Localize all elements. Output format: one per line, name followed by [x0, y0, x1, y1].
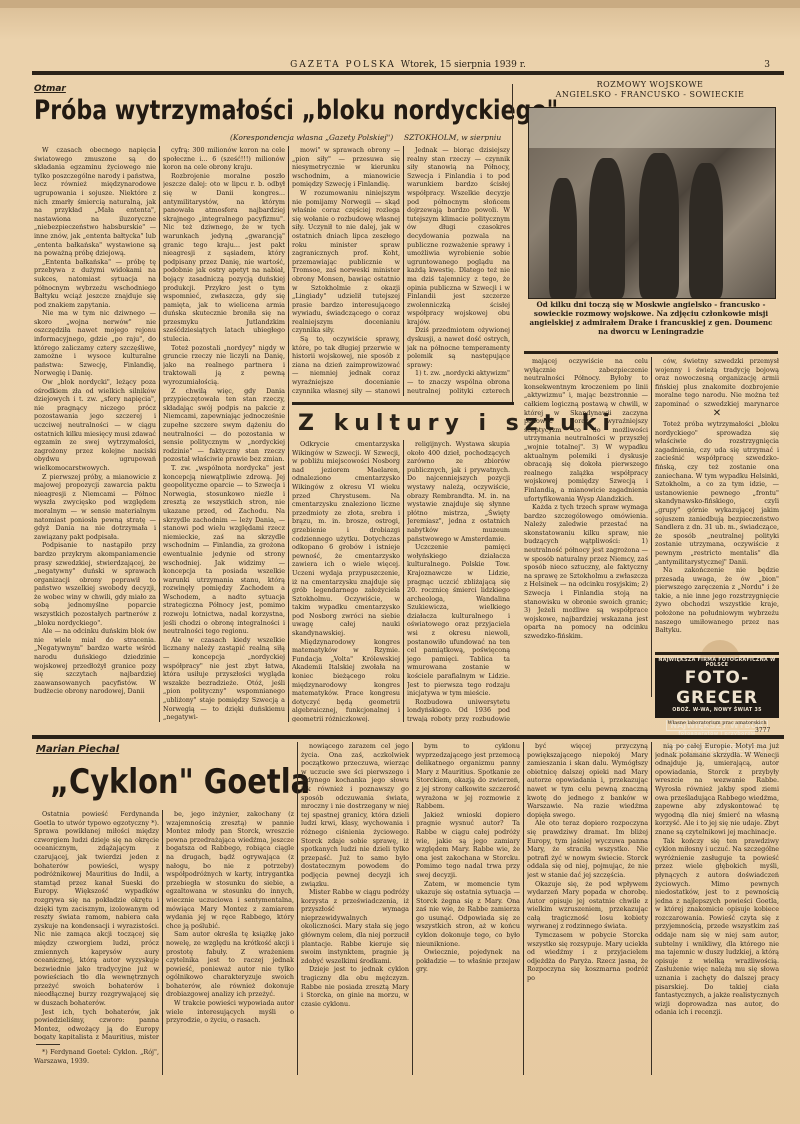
article-column: mowi" w sprawach obrony — „pion siły" — …: [292, 146, 400, 396]
page-number: 3: [764, 60, 770, 70]
article-column: be, jego inżynier, zakochany (z wzajemno…: [166, 810, 294, 1075]
column-rule: [159, 146, 160, 722]
paragraph: Ostatnia powieść Ferdynanda Goetla to ut…: [34, 810, 159, 1008]
paragraph: mowi" w sprawach obrony — „pion siły" — …: [292, 146, 400, 189]
paragraph: Jakież wnioski dopiero pragnie wysnuć au…: [416, 811, 520, 880]
photo-title: ROZMOWY WOJSKOWE ANGIELSKO - FRANCUSKO -…: [525, 80, 775, 100]
culture-column: religijnych. Wystawa skupia około 400 dz…: [407, 440, 510, 722]
photo-sky: [529, 108, 775, 148]
paragraph: Ale w czasach kiedy wszelkie licznany na…: [163, 636, 285, 722]
paragraph: Podpisanie to nastąpiło przy bardzo przy…: [34, 541, 156, 627]
column-rule: [412, 742, 413, 1075]
photo-caption: Od kilku dni toczą się w Moskwie angiels…: [524, 300, 778, 336]
paragraph: Tymczasem w pobycie Storcka wszystko się…: [527, 931, 648, 983]
paragraph: Uczczenie pamięci wołyńskiego działacza …: [407, 543, 510, 698]
paragraph: W czasach obecnego napięcia światowego z…: [34, 146, 156, 258]
article-column: bym to cyklonu wyprzedzającego jest prze…: [416, 742, 520, 1075]
article-column: ców, świetny szwedzki przemysł wojenny i…: [655, 357, 779, 409]
paragraph: „Ententa bałkańska" — próbę tę przebywa …: [34, 258, 156, 310]
article-column: W czasach obecnego napięcia światowego z…: [34, 146, 156, 722]
section-divider: [32, 735, 784, 739]
column-rule: [403, 146, 404, 396]
correspondence-note: (Korespondencja własna „Gazety Polskiej"…: [230, 133, 393, 142]
article-column: nią po całej Europie. Motyl ma już jedna…: [655, 742, 779, 1075]
paper-name: GAZETA POLSKA: [290, 60, 396, 70]
paragraph: religijnych. Wystawa skupia około 400 dz…: [407, 440, 510, 543]
column-rule: [162, 810, 163, 1075]
paragraph: nowiącego zarazem cel jego życia. Ona za…: [301, 742, 409, 888]
paragraph: Jednak — biorąc dzisiejszy realny stan r…: [407, 146, 510, 326]
column-rule: [523, 742, 524, 1075]
photo-figure: [589, 158, 625, 298]
paragraph: Rozbudowa uniwersytetu londyńskiego. Od …: [407, 698, 510, 722]
paragraph: Są to, oczywiście sprawy, które, po tak …: [292, 335, 400, 396]
column-rule: [288, 146, 289, 722]
paragraph: Na zakończenie nie będzie przesadą uwaga…: [655, 566, 779, 635]
paragraph: T. zw. „wspólnota nordycka" jest koncepc…: [163, 464, 285, 636]
dateline: SZTOKHOLM, w sierpniu: [404, 133, 501, 142]
article-headline: „Cyklon" Goetla: [50, 762, 310, 802]
news-photo: [528, 107, 776, 299]
ad-rule: [655, 652, 779, 655]
article-column: nowiącego zarazem cel jego życia. Ona za…: [301, 742, 409, 1075]
paragraph: Tak kończy się ten prawdziwy cyklon miło…: [655, 837, 779, 1017]
article-column: Jednak — biorąc dzisiejszy realny stan r…: [407, 146, 510, 396]
paragraph: nią po całej Europie. Motyl ma już jedna…: [655, 742, 779, 837]
photo-figure: [689, 163, 723, 298]
ad-tagline: NAJWIĘKSZA FIRMA FOTOGRAFICZNA W POLSCE: [655, 658, 779, 668]
column-rule: [403, 440, 404, 722]
paragraph: Okazuje się, że pod wpływem wydarzeń Mar…: [527, 880, 648, 932]
photo-figure: [549, 178, 577, 298]
article-column: cyfrą: 300 milionów koron na cele społec…: [163, 146, 285, 722]
article-column: Ostatnia powieść Ferdynanda Goetla to ut…: [34, 810, 159, 1040]
paragraph: Toteż pozostali „nordycy" nigdy w grunci…: [163, 344, 285, 387]
paragraph: Jest ich, tych bohaterów, jak powiedziel…: [34, 1008, 159, 1040]
ad-code: 3777: [755, 727, 770, 734]
paragraph: Odkrycie cmentarzyska Wikingów w Szwecji…: [292, 440, 400, 638]
ad-address: OBOŹ. W-WA, NOWY ŚWIAT 35: [655, 708, 779, 713]
ad-brand: FOTO-GRECER: [655, 668, 779, 708]
article-column: mającej oczywiście na celu wyłącznie zab…: [524, 357, 648, 697]
article-column: być więcej przyczyną powiększającego nie…: [527, 742, 648, 1075]
photo-figure: [639, 153, 679, 298]
paragraph: Nie ma w tym nic dziwnego — skoro „wojna…: [34, 309, 156, 378]
paragraph: być więcej przyczyną powiększającego nie…: [527, 742, 648, 819]
newspaper-page: GAZETA POLSKA Wtorek, 15 sierpnia 1939 r…: [0, 0, 800, 1124]
paragraph: Ow „blok nordycki", leżący poza ośrodkie…: [34, 378, 156, 473]
column-rule: [651, 357, 652, 697]
paragraph: Z pierwszej próby, a mianowicie z majowe…: [34, 473, 156, 542]
paragraph: Zatem, w momencie tym ukazuje się ostatn…: [416, 880, 520, 949]
paragraph: W trakcie powieści wypowiada autor wiele…: [166, 999, 294, 1025]
paragraph: bym to cyklonu wyprzedzającego jest prze…: [416, 742, 520, 811]
paragraph: Sam autor określa tę książkę jako nowelę…: [166, 930, 294, 999]
page-edge: [0, 0, 800, 8]
section-title: Z kultury i sztuki: [298, 411, 616, 436]
paragraph: Dziś przedmiotem ożywionej dyskusji, a n…: [407, 326, 510, 369]
paragraph: Ale — na odcinku duńskim blok ów nie wie…: [34, 627, 156, 696]
paragraph: be, jego inżynier, zakochany (z wzajemno…: [166, 810, 294, 930]
section-rule: [292, 402, 514, 405]
photo-title-line: ROZMOWY WOJSKOWE: [525, 80, 775, 90]
paragraph: W rozumowaniu niniejszym nie pomijamy No…: [292, 189, 400, 335]
column-rule: [512, 84, 513, 404]
column-rule: [297, 742, 298, 1075]
separator-icon: ✕: [655, 408, 779, 419]
paragraph: Każda z tych trzech spraw wymaga bardzo …: [524, 503, 648, 641]
footnote-text: *) Ferdynand Goetel: Cyklon. „Rój", Wars…: [34, 1048, 159, 1065]
article-author: Marian Piechal: [36, 744, 119, 755]
caption-rule: [524, 351, 778, 354]
article-headline: Próba wytrzymałości „bloku nordyckiego": [34, 95, 558, 126]
paragraph: Rozbrojenie moralne poszło jeszcze dalej…: [163, 172, 285, 344]
paragraph: Toteż próba wytrzymałości „bloku nordyck…: [655, 420, 779, 566]
paragraph: Z chwilą więc, gdy Dania przypieczętował…: [163, 387, 285, 464]
column-rule: [651, 742, 652, 1075]
photo-title-line: ANGIELSKO - FRANCUSKO - SOWIECKIE: [525, 90, 775, 100]
article-author: Otmar: [34, 84, 66, 94]
paragraph: Owiecznie, pojedynek na pokładzie — to w…: [416, 948, 520, 974]
footnote-rule: [36, 1044, 60, 1045]
culture-column: Odkrycie cmentarzyska Wikingów w Szwecji…: [292, 440, 400, 722]
paragraph: ców, świetny szwedzki przemysł wojenny i…: [655, 357, 779, 409]
paragraph: Mister Rabbe w ciągu podróży korzysta z …: [301, 888, 409, 965]
paragraph: Dzieje jest to jednak cyklon tragiczny d…: [301, 965, 409, 1008]
article-column: Toteż próba wytrzymałości „bloku nordyck…: [655, 420, 779, 650]
ad-footer: Własne laboratorium prac amatorskich: [655, 720, 779, 726]
paragraph: 1) t. zw. „nordycki aktywizm" — to znacz…: [407, 369, 510, 396]
foto-grecer-ad[interactable]: NAJWIĘKSZA FIRMA FOTOGRAFICZNA W POLSCE …: [655, 658, 779, 718]
paragraph: Ale oto teraz dopiero rozpoczyna się pra…: [527, 819, 648, 879]
footnote: *) Ferdynand Goetel: Cyklon. „Rój", Wars…: [34, 1048, 159, 1078]
issue-date: Wtorek, 15 sierpnia 1939 r.: [401, 60, 526, 70]
masthead-rule: [32, 71, 784, 75]
paragraph: Międzynarodowy kongres matematyków w Rzy…: [292, 638, 400, 722]
paragraph: cyfrą: 300 milionów koron na cele społec…: [163, 146, 285, 172]
